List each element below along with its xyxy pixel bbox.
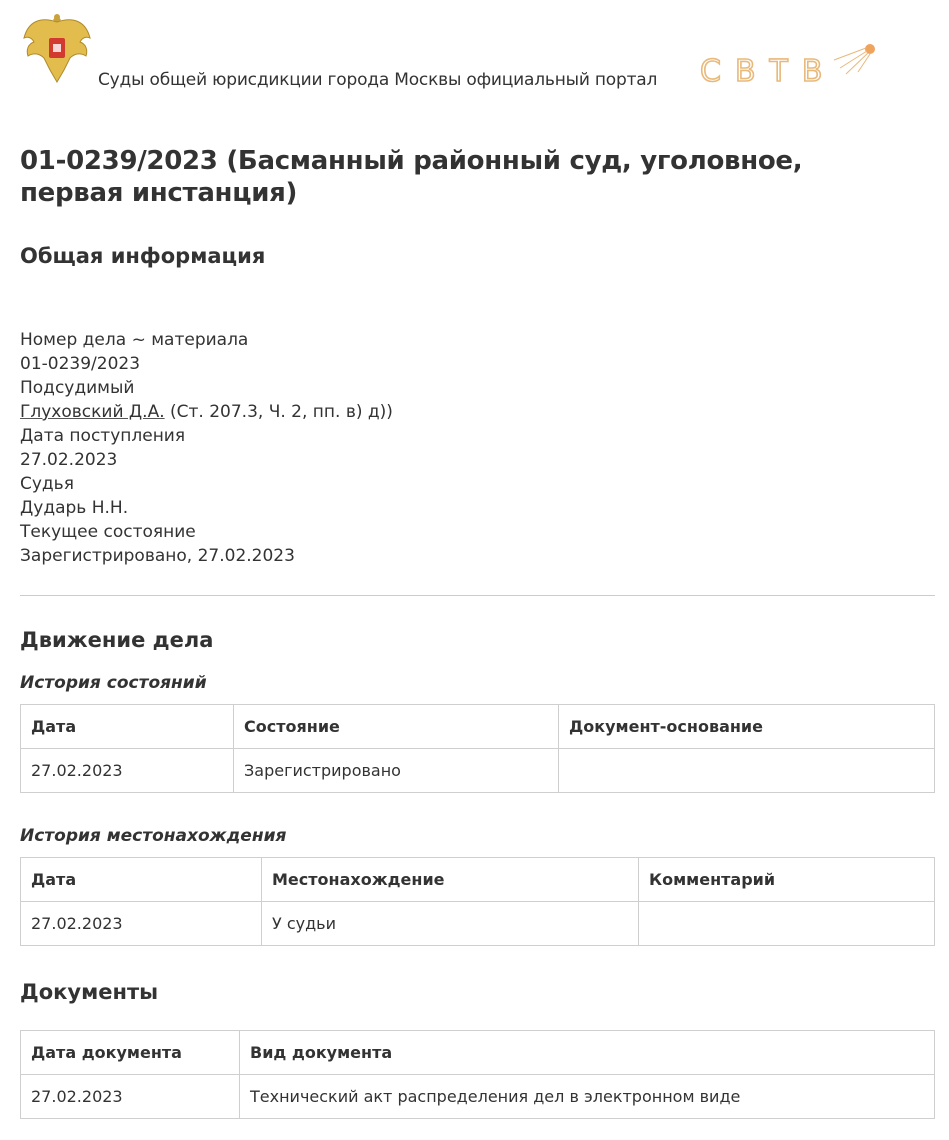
general-info-heading: Общая информация: [20, 244, 265, 268]
judge-label: Судья: [20, 472, 393, 496]
column-header: Местонахождение: [262, 858, 639, 902]
document-type-cell: Технический акт распределения дел в элек…: [240, 1075, 935, 1119]
documents-heading: Документы: [20, 980, 158, 1004]
column-header: Состояние: [234, 705, 559, 749]
documents-table: Дата документа Вид документа 27.02.2023 …: [20, 1030, 935, 1119]
case-number-value: 01-0239/2023: [20, 352, 393, 376]
receipt-date-value: 27.02.2023: [20, 448, 393, 472]
column-header: Вид документа: [240, 1031, 935, 1075]
judge-value: Дударь Н.Н.: [20, 496, 393, 520]
table-row: 27.02.2023 Зарегистрировано: [21, 749, 935, 793]
sputnik-icon: [830, 40, 880, 80]
defendant-link[interactable]: Глуховский Д.А.: [20, 402, 165, 422]
table-cell: [559, 749, 935, 793]
status-label: Текущее состояние: [20, 520, 393, 544]
table-cell: 27.02.2023: [21, 902, 262, 946]
column-header: Комментарий: [639, 858, 935, 902]
table-cell: 27.02.2023: [21, 749, 234, 793]
section-divider: [20, 595, 935, 596]
column-header: Документ-основание: [559, 705, 935, 749]
status-history-heading: История состояний: [20, 673, 207, 693]
table-header-row: Дата Состояние Документ-основание: [21, 705, 935, 749]
case-movement-heading: Движение дела: [20, 628, 213, 652]
status-history-table: Дата Состояние Документ-основание 27.02.…: [20, 704, 935, 793]
defendant-label: Подсудимый: [20, 376, 393, 400]
defendant-article: (Ст. 207.3, Ч. 2, пп. в) д)): [165, 402, 393, 422]
case-title: 01-0239/2023 (Басманный районный суд, уг…: [20, 145, 900, 209]
location-history-heading: История местонахождения: [20, 826, 286, 846]
status-value: Зарегистрировано, 27.02.2023: [20, 544, 393, 568]
table-row: 27.02.2023 Технический акт распределения…: [21, 1075, 935, 1119]
defendant-row: Глуховский Д.А. (Ст. 207.3, Ч. 2, пп. в)…: [20, 400, 393, 424]
location-history-table: Дата Местонахождение Комментарий 27.02.2…: [20, 857, 935, 946]
case-number-label: Номер дела ~ материала: [20, 328, 393, 352]
table-cell: [639, 902, 935, 946]
table-row: 27.02.2023 У судьи: [21, 902, 935, 946]
table-cell: Зарегистрировано: [234, 749, 559, 793]
table-cell: У судьи: [262, 902, 639, 946]
column-header: Дата: [21, 858, 262, 902]
table-header-row: Дата Местонахождение Комментарий: [21, 858, 935, 902]
logo-text: СВТВ: [700, 54, 836, 89]
site-header: Суды общей юрисдикции города Москвы офиц…: [0, 0, 949, 110]
column-header: Дата документа: [21, 1031, 240, 1075]
coat-of-arms-icon: [20, 8, 94, 88]
table-header-row: Дата документа Вид документа: [21, 1031, 935, 1075]
general-info-list: Номер дела ~ материала 01-0239/2023 Подс…: [20, 328, 393, 568]
table-cell: 27.02.2023: [21, 1075, 240, 1119]
receipt-date-label: Дата поступления: [20, 424, 393, 448]
portal-title: Суды общей юрисдикции города Москвы офиц…: [98, 70, 657, 90]
column-header: Дата: [21, 705, 234, 749]
svtv-logo[interactable]: СВТВ: [700, 40, 880, 100]
